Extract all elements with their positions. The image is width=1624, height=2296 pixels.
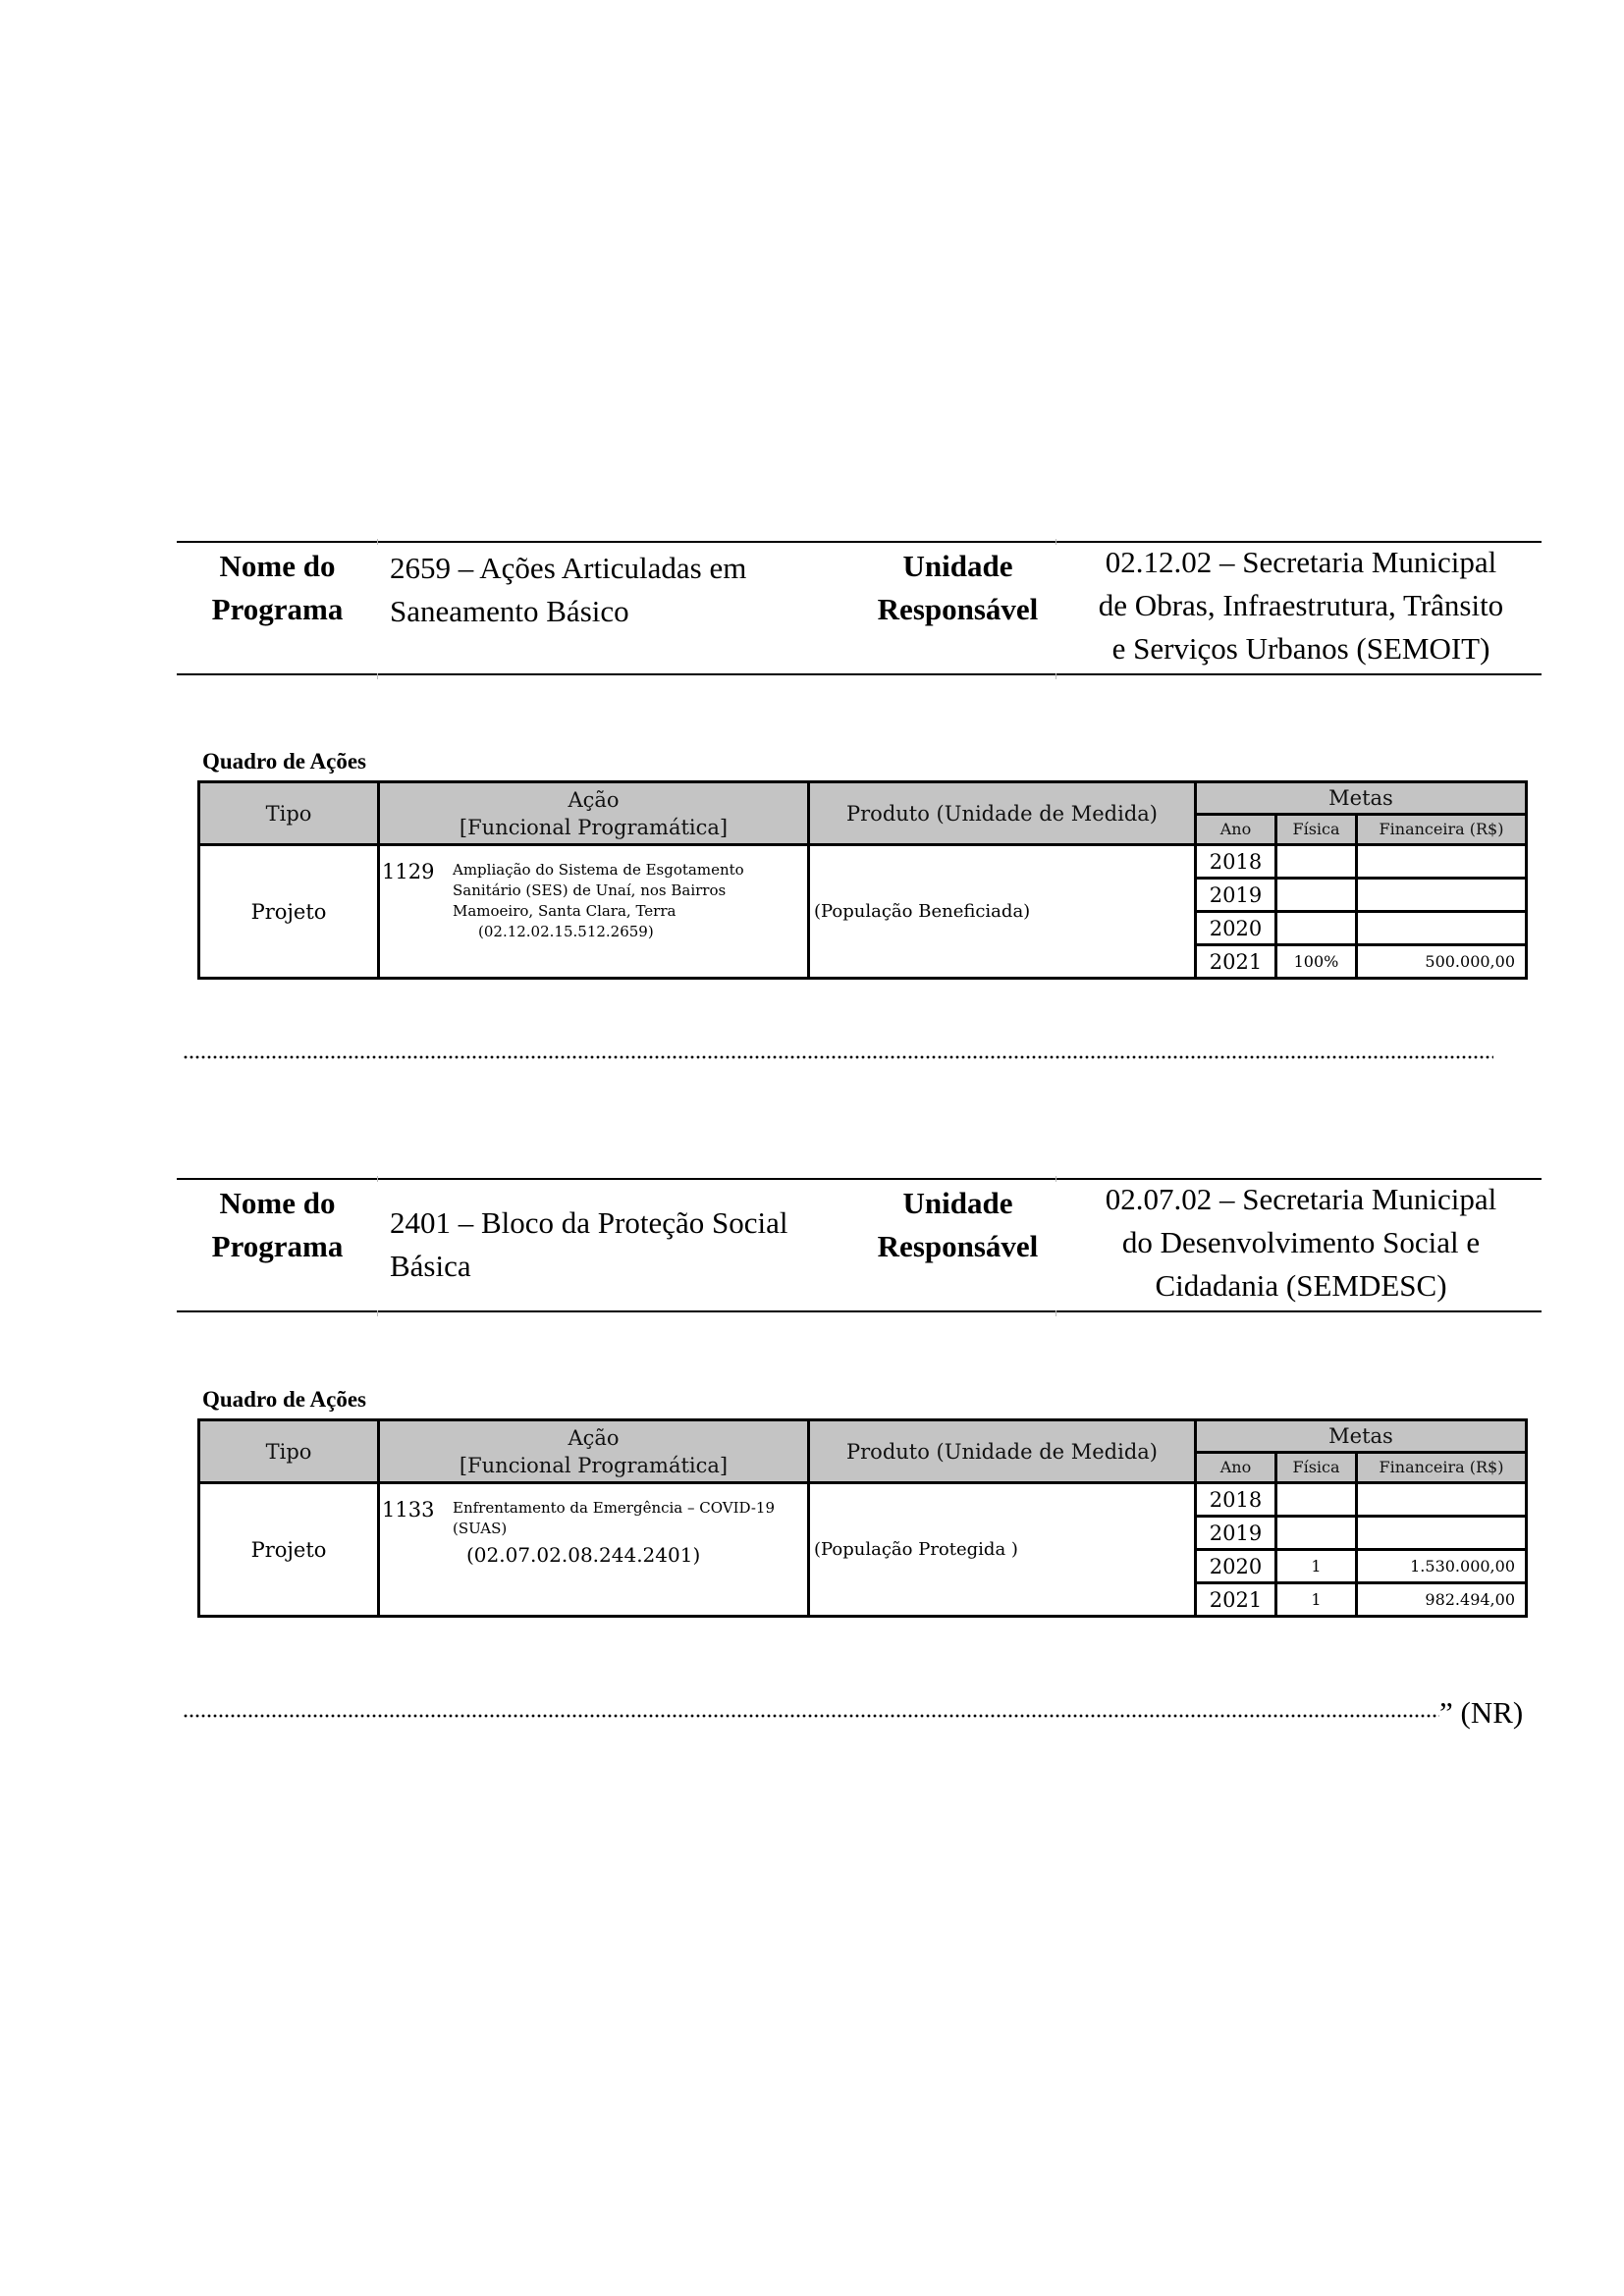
- header-produto: Produto (Unidade de Medida): [809, 1420, 1196, 1483]
- acao-description: Ampliação do Sistema de Esgotamento Sani…: [453, 860, 806, 922]
- ano-cell: 2020: [1196, 912, 1276, 945]
- cell-tick: [377, 539, 378, 545]
- dotted-separator: [183, 1055, 1493, 1059]
- cell-tick: [1056, 1310, 1056, 1316]
- funcional-programatica: (02.07.02.08.244.2401): [466, 1543, 700, 1567]
- cell-tick: [377, 673, 378, 679]
- financeira-cell: [1357, 845, 1527, 879]
- ano-cell: 2018: [1196, 1483, 1276, 1517]
- produto-cell: (População Protegida ): [809, 1483, 1196, 1617]
- quadro-title: Quadro de Ações: [202, 749, 366, 774]
- header-metas: Metas: [1196, 1420, 1527, 1453]
- header-acao-line: Ação: [380, 786, 807, 814]
- cell-tick: [1056, 539, 1056, 545]
- label-line: Programa: [177, 588, 378, 631]
- fisica-cell: 1: [1276, 1550, 1357, 1583]
- unit-label: Unidade Responsável: [852, 545, 1063, 631]
- produto-cell: (População Beneficiada): [809, 845, 1196, 979]
- nr-marker: ” (NR): [1439, 1695, 1523, 1731]
- financeira-cell: [1357, 879, 1527, 912]
- fisica-cell: [1276, 1483, 1357, 1517]
- header-fisica: Física: [1276, 1453, 1357, 1483]
- label-line: Unidade: [852, 1182, 1063, 1225]
- header-metas: Metas: [1196, 782, 1527, 815]
- table-row: Projeto 1129 Ampliação do Sistema de Esg…: [199, 845, 1527, 879]
- desc-line: Enfrentamento da Emergência – COVID-19: [453, 1498, 806, 1519]
- cell-tick: [1056, 1176, 1056, 1182]
- unit-label: Unidade Responsável: [852, 1182, 1063, 1268]
- program-name-label: Nome do Programa: [177, 1182, 378, 1268]
- value-line: de Obras, Infraestrutura, Trânsito: [1060, 584, 1542, 627]
- label-line: Responsável: [852, 588, 1063, 631]
- acao-description: Enfrentamento da Emergência – COVID-19 (…: [453, 1498, 806, 1539]
- table-header-row: Tipo Ação [Funcional Programática] Produ…: [199, 782, 1527, 815]
- program-name-value: 2401 – Bloco da Proteção Social Básica: [390, 1201, 851, 1288]
- value-line: 02.07.02 – Secretaria Municipal: [1060, 1178, 1542, 1221]
- financeira-cell: [1357, 1483, 1527, 1517]
- header-produto: Produto (Unidade de Medida): [809, 782, 1196, 845]
- fisica-cell: 1: [1276, 1583, 1357, 1617]
- header-financeira: Financeira (R$): [1357, 1453, 1527, 1483]
- financeira-cell: [1357, 1517, 1527, 1550]
- fisica-cell: [1276, 1517, 1357, 1550]
- fisica-cell: [1276, 879, 1357, 912]
- financeira-cell: 982.494,00: [1357, 1583, 1527, 1617]
- header-acao: Ação [Funcional Programática]: [379, 782, 809, 845]
- ano-cell: 2020: [1196, 1550, 1276, 1583]
- ano-cell: 2019: [1196, 1517, 1276, 1550]
- value-line: Cidadania (SEMDESC): [1060, 1264, 1542, 1308]
- acao-cell: 1133 Enfrentamento da Emergência – COVID…: [379, 1483, 809, 1617]
- desc-line: Mamoeiro, Santa Clara, Terra: [453, 901, 806, 922]
- fisica-cell: 100%: [1276, 945, 1357, 979]
- ano-cell: 2021: [1196, 945, 1276, 979]
- actions-table-1133: Tipo Ação [Funcional Programática] Produ…: [197, 1418, 1528, 1618]
- value-line: 02.12.02 – Secretaria Municipal: [1060, 541, 1542, 584]
- cell-tick: [377, 1310, 378, 1316]
- tipo-cell: Projeto: [199, 845, 379, 979]
- dotted-separator: [183, 1714, 1439, 1718]
- acao-code: 1133: [382, 1498, 434, 1522]
- value-line: Básica: [390, 1245, 851, 1288]
- label-line: Unidade: [852, 545, 1063, 588]
- fisica-cell: [1276, 845, 1357, 879]
- label-line: Responsável: [852, 1225, 1063, 1268]
- desc-line: Ampliação do Sistema de Esgotamento: [453, 860, 806, 881]
- header-ano: Ano: [1196, 1453, 1276, 1483]
- label-line: Programa: [177, 1225, 378, 1268]
- desc-line: Sanitário (SES) de Unaí, nos Bairros: [453, 881, 806, 901]
- value-line: 2659 – Ações Articuladas em: [390, 547, 851, 590]
- header-tipo: Tipo: [199, 782, 379, 845]
- ano-cell: 2019: [1196, 879, 1276, 912]
- program-name-label: Nome do Programa: [177, 545, 378, 631]
- value-line: e Serviços Urbanos (SEMOIT): [1060, 627, 1542, 670]
- header-ano: Ano: [1196, 815, 1276, 845]
- label-line: Nome do: [177, 545, 378, 588]
- fisica-cell: [1276, 912, 1357, 945]
- program-name-value: 2659 – Ações Articuladas em Saneamento B…: [390, 547, 851, 633]
- header-acao-line: [Funcional Programática]: [380, 814, 807, 841]
- financeira-cell: 1.530.000,00: [1357, 1550, 1527, 1583]
- value-line: Saneamento Básico: [390, 590, 851, 633]
- table-row: Projeto 1133 Enfrentamento da Emergência…: [199, 1483, 1527, 1517]
- value-line: do Desenvolvimento Social e: [1060, 1221, 1542, 1264]
- ano-cell: 2018: [1196, 845, 1276, 879]
- header-fisica: Física: [1276, 815, 1357, 845]
- label-line: Nome do: [177, 1182, 378, 1225]
- desc-line: (SUAS): [453, 1519, 806, 1539]
- funcional-programatica: (02.12.02.15.512.2659): [478, 923, 654, 940]
- cell-tick: [1056, 673, 1056, 679]
- acao-code: 1129: [382, 860, 434, 883]
- header-acao-line: [Funcional Programática]: [380, 1452, 807, 1479]
- value-line: 2401 – Bloco da Proteção Social: [390, 1201, 851, 1245]
- financeira-cell: 500.000,00: [1357, 945, 1527, 979]
- header-financeira: Financeira (R$): [1357, 815, 1527, 845]
- table-header-row: Tipo Ação [Funcional Programática] Produ…: [199, 1420, 1527, 1453]
- quadro-title: Quadro de Ações: [202, 1387, 366, 1413]
- actions-table-1129: Tipo Ação [Funcional Programática] Produ…: [197, 780, 1528, 980]
- financeira-cell: [1357, 912, 1527, 945]
- header-acao: Ação [Funcional Programática]: [379, 1420, 809, 1483]
- program-header-2659: Nome do Programa 2659 – Ações Articulada…: [177, 541, 1542, 675]
- cell-tick: [377, 1176, 378, 1182]
- tipo-cell: Projeto: [199, 1483, 379, 1617]
- ano-cell: 2021: [1196, 1583, 1276, 1617]
- unit-value: 02.12.02 – Secretaria Municipal de Obras…: [1060, 541, 1542, 670]
- unit-value: 02.07.02 – Secretaria Municipal do Desen…: [1060, 1178, 1542, 1308]
- acao-cell: 1129 Ampliação do Sistema de Esgotamento…: [379, 845, 809, 979]
- program-header-2401: Nome do Programa 2401 – Bloco da Proteçã…: [177, 1178, 1542, 1312]
- header-tipo: Tipo: [199, 1420, 379, 1483]
- header-acao-line: Ação: [380, 1424, 807, 1452]
